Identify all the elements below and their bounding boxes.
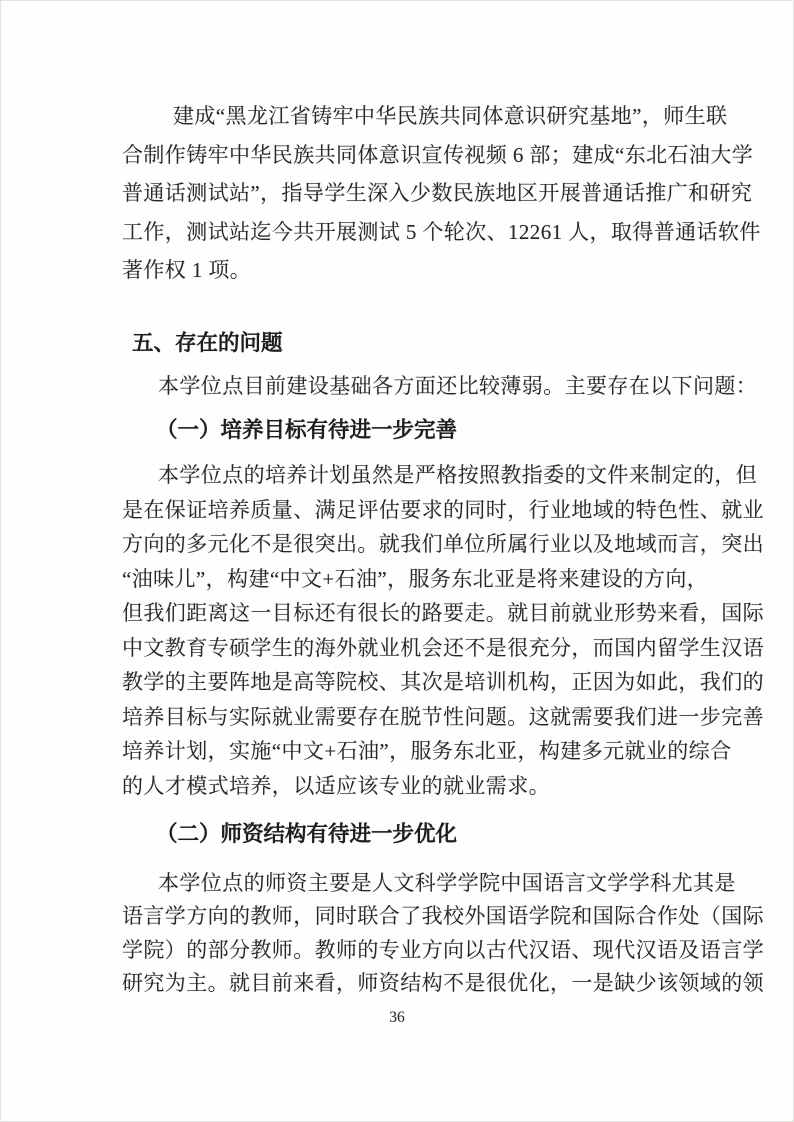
text-line: 合制作铸牢中华民族共同体意识宣传视频 6 部；建成“东北石油大学 [122,136,678,175]
document-page: 建成“黑龙江省铸牢中华民族共同体意识研究基地”，师生联 合制作铸牢中华民族共同体… [0,0,794,1122]
text-line: 教学的主要阵地是高等院校、其次是培训机构，正因为如此，我们的 [122,665,678,700]
text-line: 著作权 1 项。 [122,251,678,290]
text-line: 培养目标与实际就业需要存在脱节性问题。这就需要我们进一步完善 [122,700,678,735]
text-line: 中文教育专硕学生的海外就业机会还不是很充分，而国内留学生汉语 [122,631,678,666]
training-paragraph: 本学位点的培养计划虽然是严格按照教指委的文件来制定的，但 是在保证培养质量、满足… [122,458,678,803]
text-line: 研究为主。就目前来看，师资结构不是很优化，一是缺少该领域的领 [122,967,678,1001]
text-line: 方向的多元化不是很突出。就我们单位所属行业以及地域而言，突出 [122,527,678,562]
text-line: 本学位点的培养计划虽然是严格按照教指委的文件来制定的，但 [122,458,678,493]
text-line: 工作，测试站迄今共开展测试 5 个轮次、12261 人，取得普通话软件 [122,213,678,252]
text-line: 普通话测试站”，指导学生深入少数民族地区开展普通话推广和研究 [122,174,678,213]
overview-paragraph: 本学位点目前建设基础各方面还比较薄弱。主要存在以下问题： [122,365,678,409]
text-line: 是在保证培养质量、满足评估要求的同时，行业地域的特色性、就业 [122,493,678,528]
faculty-paragraph: 本学位点的师资主要是人文科学学院中国语言文学学科尤其是 语言学方向的教师，同时联… [122,867,678,1001]
text-line: 但我们距离这一目标还有很长的路要走。就目前就业形势来看，国际 [122,596,678,631]
text-line: “油味儿”，构建“中文+石油”，服务东北亚是将来建设的方向， [122,562,678,597]
page-number: 36 [0,1006,794,1030]
text-line: 培养计划，实施“中文+石油”，服务东北亚，构建多元就业的综合 [122,734,678,769]
text-line: 语言学方向的教师，同时联合了我校外国语学院和国际合作处（国际 [122,900,678,934]
intro-paragraph: 建成“黑龙江省铸牢中华民族共同体意识研究基地”，师生联 合制作铸牢中华民族共同体… [122,97,678,290]
subsection-heading-2: （二）师资结构有待进一步优化 [122,813,678,857]
text-line: 本学位点的师资主要是人文科学学院中国语言文学学科尤其是 [122,867,678,901]
text-line: 的人才模式培养，以适应该专业的就业需求。 [122,769,678,804]
document-body: 建成“黑龙江省铸牢中华民族共同体意识研究基地”，师生联 合制作铸牢中华民族共同体… [122,0,678,1001]
text-line: 学院）的部分教师。教师的专业方向以古代汉语、现代汉语及语言学 [122,934,678,968]
section-heading-5: 五、存在的问题 [122,322,678,366]
text-line: 建成“黑龙江省铸牢中华民族共同体意识研究基地”，师生联 [122,97,678,136]
subsection-heading-1: （一）培养目标有待进一步完善 [122,409,678,453]
